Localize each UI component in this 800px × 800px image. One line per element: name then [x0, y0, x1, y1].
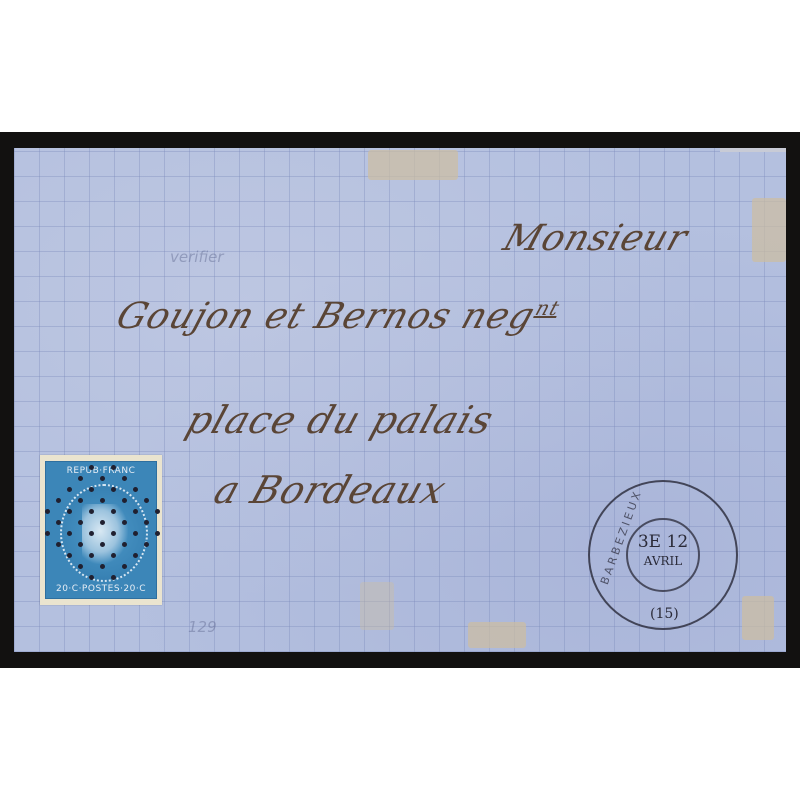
cancel-dot	[111, 575, 116, 580]
circular-date-stamp: BARBEZIEUX 3E 12 AVRIL (15)	[588, 480, 738, 630]
address-salutation: Monsieur	[498, 218, 693, 259]
cancel-dot	[89, 465, 94, 470]
cancel-dot	[111, 531, 116, 536]
postmark-month: AVRIL	[628, 554, 698, 568]
cancel-dot	[100, 476, 105, 481]
paper-fold-edge	[720, 148, 786, 152]
cancel-dot	[122, 542, 127, 547]
cancel-dot	[100, 564, 105, 569]
cancel-dot	[56, 542, 61, 547]
cancel-dot	[144, 498, 149, 503]
cancel-dot	[45, 531, 50, 536]
cancel-dot	[89, 575, 94, 580]
stamp-design: REPUB·FRANC 20·C·POSTES·20·C	[45, 461, 157, 599]
cancel-dot	[78, 498, 83, 503]
address-line-2: place du palais	[181, 398, 500, 442]
cancel-dot	[144, 542, 149, 547]
pencil-note: verifier	[170, 248, 224, 266]
cancel-dot	[89, 487, 94, 492]
postmark-inner-ring: 3E 12 AVRIL	[626, 518, 700, 592]
cancel-dot	[100, 498, 105, 503]
hinge-stain	[360, 582, 394, 630]
hinge-stain	[368, 150, 458, 180]
cancel-dot	[45, 509, 50, 514]
cancel-dot	[78, 520, 83, 525]
stamp-bottom-text: 20·C·POSTES·20·C	[46, 582, 156, 596]
cancel-dot	[122, 564, 127, 569]
cancel-dot	[122, 520, 127, 525]
cancel-dot	[122, 498, 127, 503]
hinge-stain	[468, 622, 526, 648]
cancel-dot	[67, 509, 72, 514]
postmark-date: 3E 12	[628, 532, 698, 552]
cancel-dot	[133, 553, 138, 558]
hinge-stain	[742, 596, 774, 640]
cancel-dot	[89, 553, 94, 558]
cancel-dot	[155, 509, 160, 514]
cancel-dot	[111, 509, 116, 514]
cancel-dot	[89, 509, 94, 514]
cancel-dot	[100, 542, 105, 547]
cancel-dot	[133, 509, 138, 514]
cancel-dot	[111, 487, 116, 492]
cancel-dot	[155, 531, 160, 536]
cancel-dot	[133, 487, 138, 492]
address-line-3: a Bordeaux	[209, 468, 452, 512]
hinge-stain	[752, 198, 786, 262]
cancel-dot	[122, 476, 127, 481]
postmark-hour: 3E	[638, 532, 661, 552]
cancel-dot	[89, 531, 94, 536]
cancel-dot	[67, 487, 72, 492]
cancel-dot	[111, 465, 116, 470]
cancel-dot	[78, 542, 83, 547]
cancel-dot	[144, 520, 149, 525]
address-line-1: Goujon et Bernos negnt	[111, 296, 563, 337]
cancel-dot	[78, 564, 83, 569]
cancel-dot	[78, 476, 83, 481]
cancel-dot	[67, 553, 72, 558]
addressee-name: Goujon et Bernos neg	[111, 296, 540, 337]
cancel-dot	[56, 498, 61, 503]
postmark-dept-code: (15)	[650, 606, 679, 622]
cancel-dot	[67, 531, 72, 536]
cancel-dot	[111, 553, 116, 558]
cancel-dot	[133, 531, 138, 536]
pencil-note: 129	[188, 618, 217, 636]
postmark-day: 12	[667, 532, 689, 552]
cancel-dot	[56, 520, 61, 525]
cancel-dot	[100, 520, 105, 525]
